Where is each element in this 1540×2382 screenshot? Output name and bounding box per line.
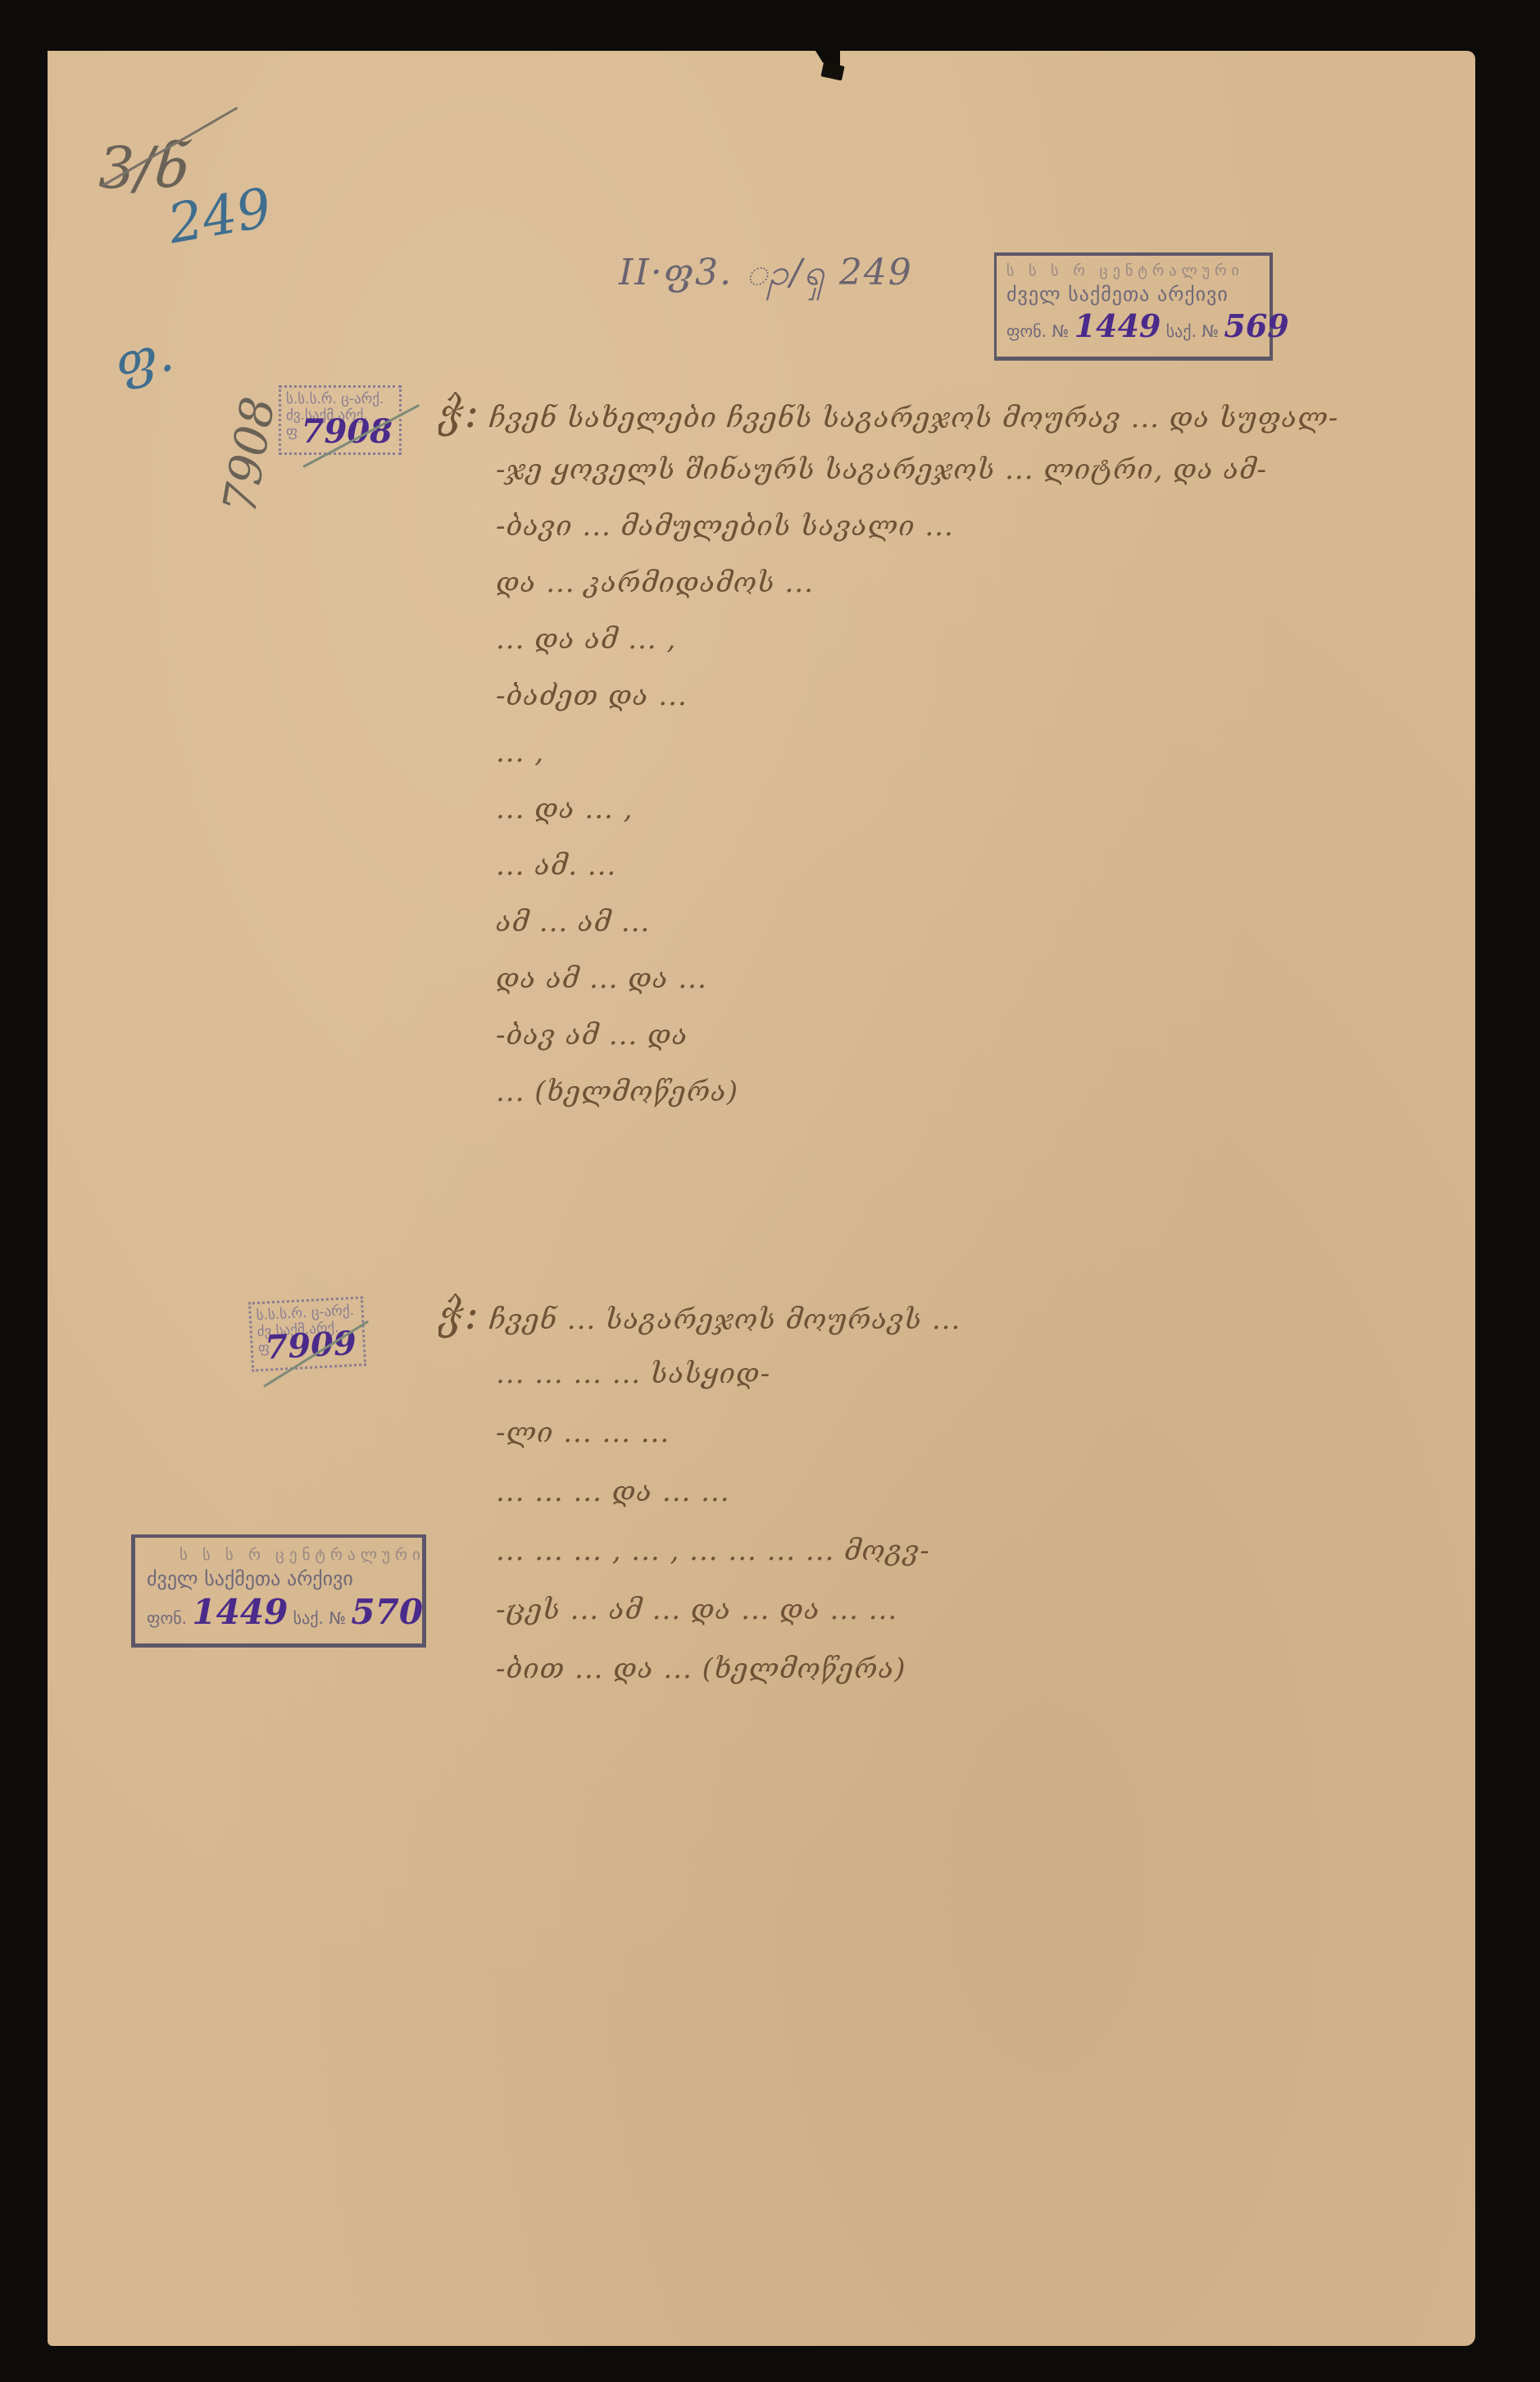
fond-label: ფონ. № <box>1006 321 1069 341</box>
text-line: და ... კარმიდამოს ... <box>438 555 1479 611</box>
text-line: ამ ... ამ ... <box>438 894 1479 951</box>
stamp-row: ძველ საქმეთა არქივი <box>1006 283 1260 306</box>
text-line: ... ამ. ... <box>438 838 1479 894</box>
text-line: -ბავი ... მამულების სავალი ... <box>438 498 1479 555</box>
registry-stamp-7908: ს.ს.ს.რ. ც-არქ. ძვ.საქმ.არქ. ფ 7908 <box>279 385 402 455</box>
fond-label: ფონ. <box>147 1608 187 1628</box>
case-number: 570 <box>351 1592 423 1632</box>
case-label: საქ. № <box>293 1608 346 1628</box>
stamp-row: ს.ს.ს.რ. ც-არქ. <box>286 391 394 407</box>
archive-stamp-bottom: ს ს ს რ ცენტრალური ძველ საქმეთა არქივი ფ… <box>131 1534 426 1648</box>
fond-number: 1449 <box>192 1592 288 1632</box>
fond-number: 1449 <box>1074 307 1161 344</box>
text-line: ... , <box>438 725 1479 781</box>
text-line: -ცეს ... ამ ... და ... და ... ... <box>438 1580 1479 1639</box>
text-line: და ამ ... და ... <box>438 951 1479 1007</box>
blue-margin-mark: ფ. <box>109 322 178 393</box>
folio-number-top: 3/ნ <box>98 139 189 197</box>
text-line: -ჯე ყოველს შინაურს საგარეჯოს ... ლიტრი, … <box>438 442 1479 498</box>
text-line: ჭ: ჩვენ სახელები ჩვენს საგარეჯოს მოურავ … <box>438 385 1479 442</box>
signature-line: -ბით ... და ... (ხელმოწერა) <box>438 1639 1479 1698</box>
paragraph-2: ჭ: ჩვენ ... საგარეჯოს მოურავს ... ... ..… <box>438 1285 1479 1698</box>
text-line: ... ... ... , ... , ... ... ... ... მოგვ… <box>438 1521 1479 1580</box>
text-line: -ბაძეთ და ... <box>438 668 1479 725</box>
text-line: ... და ამ ... , <box>438 611 1479 668</box>
text-line: ჭ: ჩვენ ... საგარეჯოს მოურავს ... <box>438 1285 1479 1344</box>
stamp-row: ფონ. № 1449 საქ. № 569 <box>1006 307 1260 344</box>
text-line: -ბავ ამ ... და <box>438 1007 1479 1064</box>
reference-line: II·ფ3. ၣ/ၡ 249 <box>619 250 913 302</box>
stamp-row: ს ს ს რ ცენტრალური <box>147 1546 411 1564</box>
case-number: 569 <box>1224 307 1288 344</box>
archive-stamp-top: ს ს ს რ ცენტრალური ძველ საქმეთა არქივი ფ… <box>994 252 1273 361</box>
text-line: ... ... ... ... სასყიდ- <box>438 1344 1479 1403</box>
text-line: ... ... ... და ... ... <box>438 1462 1479 1521</box>
registry-number: 7908 <box>302 412 393 451</box>
text-line: ... და ... , <box>438 781 1479 838</box>
stamp-row: ფონ. 1449 საქ. № 570 <box>147 1592 411 1632</box>
signature-line: ... (ხელმოწერა) <box>438 1064 1479 1121</box>
case-label: საქ. № <box>1166 321 1219 341</box>
registry-number: 7909 <box>264 1324 357 1367</box>
stamp-row: ს ს ს რ ცენტრალური <box>1006 262 1260 280</box>
paragraph-1: ჭ: ჩვენ სახელები ჩვენს საგარეჯოს მოურავ … <box>438 385 1479 1121</box>
stamp-row: ძველ საქმეთა არქივი <box>147 1567 411 1590</box>
text-line: -ლი ... ... ... <box>438 1403 1479 1462</box>
